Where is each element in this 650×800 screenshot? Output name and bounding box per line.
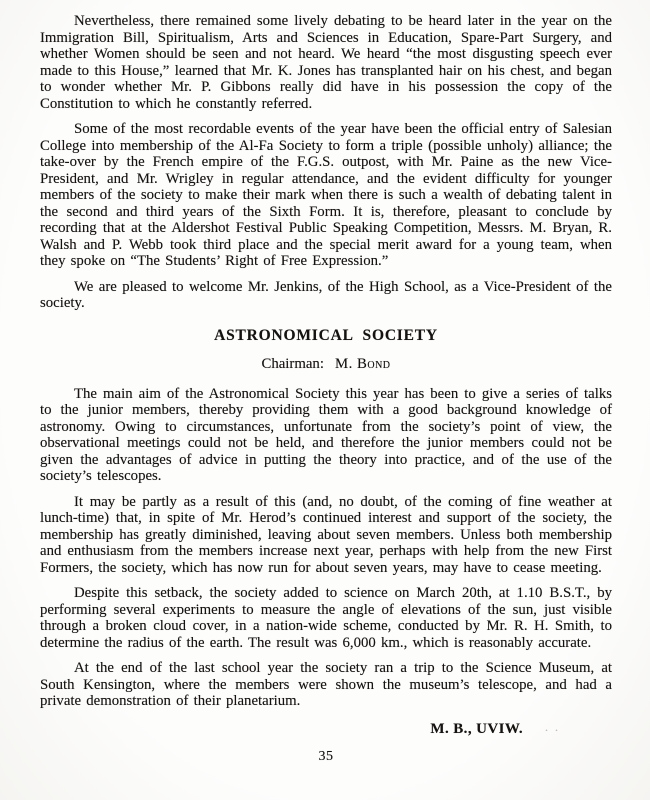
- chairman-label: Chairman:: [261, 356, 323, 372]
- chairman-name: M. Bond: [335, 356, 391, 372]
- paragraph-museum-trip: At the end of the last school year the s…: [40, 660, 612, 710]
- page-number: 35: [40, 749, 612, 765]
- signature-row: M. B., UVIW.. .: [40, 719, 612, 738]
- paragraph-science-experiment: Despite this setback, the society added …: [40, 585, 612, 651]
- paragraph-welcome-jenkins: We are pleased to welcome Mr. Jenkins, o…: [40, 279, 612, 312]
- author-initials: M. B., UVIW.: [430, 721, 523, 737]
- magazine-scan-page: Nevertheless, there remained some lively…: [0, 0, 650, 800]
- section-title-astronomical-society: ASTRONOMICAL SOCIETY: [40, 327, 612, 345]
- scan-speck-artifact: . .: [545, 719, 560, 736]
- paragraph-society-aim: The main aim of the Astronomical Society…: [40, 386, 612, 485]
- paragraph-debating-recap: Nevertheless, there remained some lively…: [40, 13, 612, 112]
- chairman-line: Chairman:M. Bond: [40, 356, 612, 373]
- paragraph-membership-decline: It may be partly as a result of this (an…: [40, 494, 612, 577]
- paragraph-recordable-events: Some of the most recordable events of th…: [40, 121, 612, 270]
